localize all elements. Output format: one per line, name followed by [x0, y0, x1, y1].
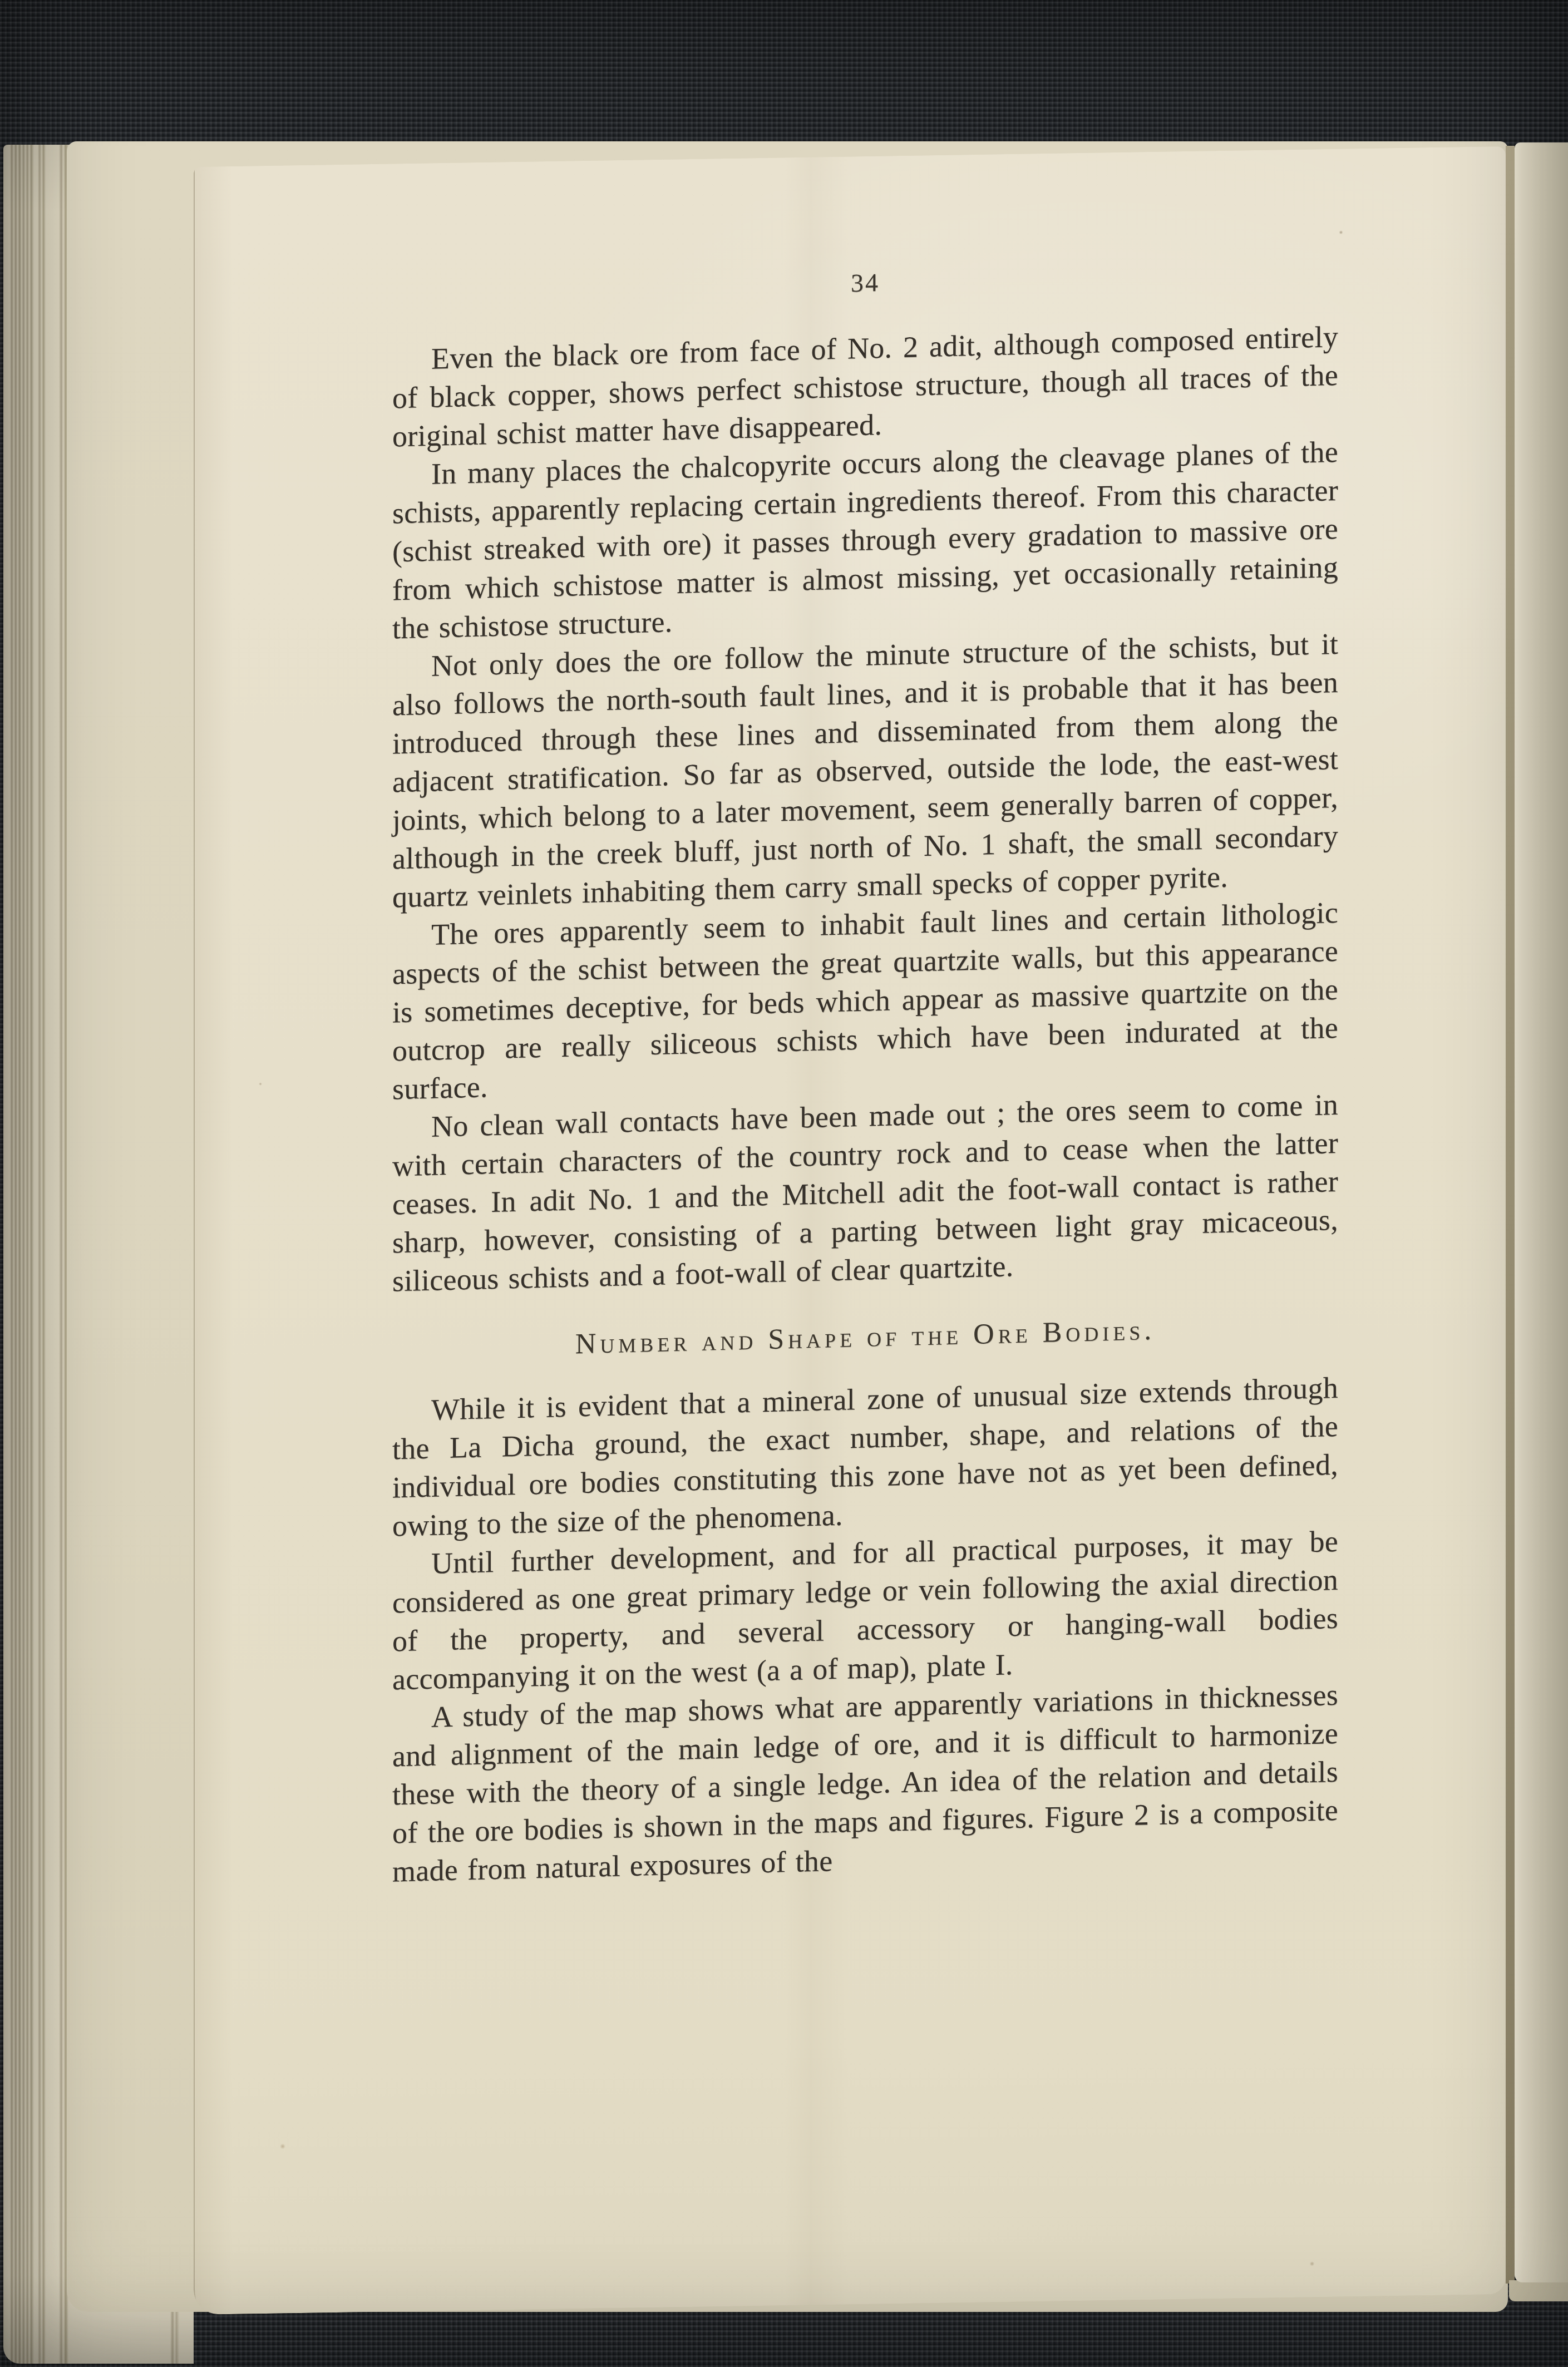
section-heading: Number and Shape of the Ore Bodies.	[392, 1309, 1338, 1367]
page-edge-right-under	[1509, 2280, 1568, 2301]
body-paragraph: The ores apparently seem to inhabit faul…	[392, 894, 1338, 1109]
page-edge-right	[1515, 142, 1568, 2282]
book-photograph: 34Even the black ore from face of No. 2 …	[0, 0, 1568, 2367]
body-paragraph: Not only does the ore follow the minute …	[392, 625, 1338, 917]
body-paragraph: A study of the map shows what are appare…	[392, 1676, 1338, 1891]
page-text-column: 34Even the black ore from face of No. 2 …	[392, 255, 1338, 1891]
body-paragraph: Even the black ore from face of No. 2 ad…	[392, 318, 1338, 456]
body-paragraph: While it is evident that a mineral zone …	[392, 1369, 1338, 1546]
book-page: 34Even the black ore from face of No. 2 …	[194, 146, 1506, 2315]
page-number: 34	[392, 255, 1338, 311]
page-gap-shadow	[1506, 146, 1515, 2284]
body-paragraph: In many places the chalcopyrite occurs a…	[392, 433, 1338, 648]
body-paragraph: No clean wall contacts have been made ou…	[392, 1086, 1338, 1301]
body-paragraph: Until further development, and for all p…	[392, 1522, 1338, 1699]
